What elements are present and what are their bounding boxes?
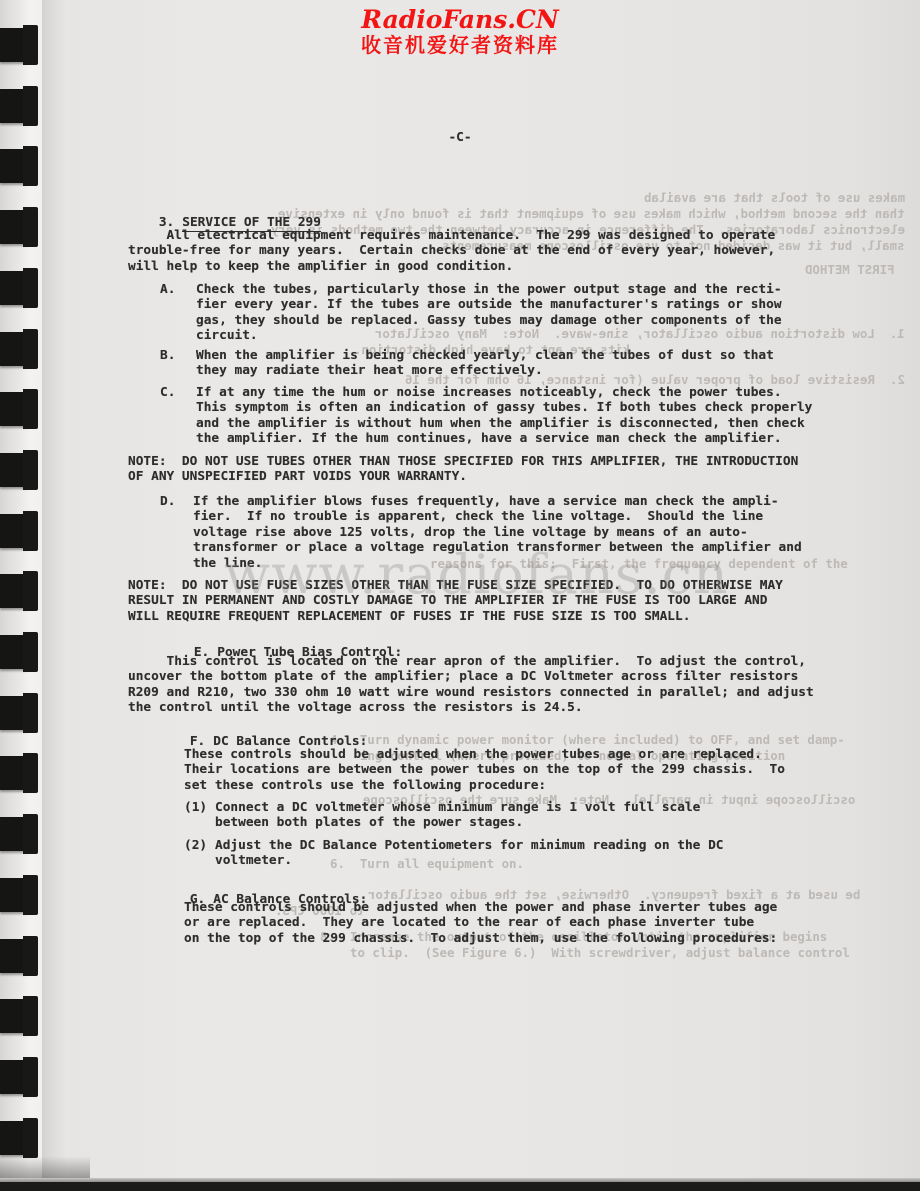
- site-tagline-text: 收音机爱好者资料库: [0, 33, 920, 57]
- binding-tooth: [0, 756, 27, 790]
- page-bottom-edge: [0, 1182, 920, 1191]
- binding-tooth: [0, 271, 27, 305]
- substep-1-label: (1): [184, 800, 207, 815]
- bleedthrough-line: than the second method, which makes use …: [278, 206, 905, 221]
- site-brand-text: RadioFans.CN: [0, 5, 920, 34]
- intro-paragraph: All electrical equipment requires mainte…: [128, 228, 775, 274]
- bleedthrough-line: 4. Turn dynamic power monitor (where inc…: [330, 732, 845, 747]
- binding-tooth: [0, 1121, 27, 1155]
- bleedthrough-line: to clip. (See Figure 6.) With screwdrive…: [350, 945, 850, 960]
- watermark-text: www.radiofans.cn: [224, 546, 729, 604]
- substep-2-label: (2): [184, 838, 207, 853]
- binding-tooth: [0, 514, 27, 548]
- gutter-shadow: [42, 0, 68, 1191]
- binding-tooth: [0, 999, 27, 1033]
- binding-tooth: [0, 1060, 27, 1094]
- binding-tooth: [0, 149, 27, 183]
- binding-tooth: [0, 574, 27, 608]
- page-number: -C-: [0, 130, 920, 145]
- binding-tooth: [0, 453, 27, 487]
- binding-tooth: [0, 210, 27, 244]
- bleedthrough-line: makes use of tools that are availab: [644, 190, 905, 205]
- binding-tooth: [0, 392, 27, 426]
- item-text-a: Check the tubes, particularly those in t…: [196, 282, 782, 344]
- binding-tooth: [0, 89, 27, 123]
- item-label-a: A.: [160, 282, 175, 297]
- section-g-body: These controls should be adjusted when t…: [184, 900, 777, 946]
- item-label-c: C.: [160, 385, 175, 400]
- binding-tooth: [0, 332, 27, 366]
- scanned-manual-page: makes use of tools that are availab than…: [0, 0, 920, 1191]
- item-label-b: B.: [160, 348, 175, 363]
- binding-tooth: [0, 817, 27, 851]
- item-text-c: If at any time the hum or noise increase…: [196, 385, 812, 447]
- substep-2-text: Adjust the DC Balance Potentiometers for…: [215, 838, 724, 869]
- item-label-d: D.: [160, 494, 175, 509]
- substep-1-text: Connect a DC voltmeter whose minimum ran…: [215, 800, 700, 831]
- binding-tooth: [0, 878, 27, 912]
- comb-binding: [0, 0, 42, 1191]
- binding-tooth: [0, 939, 27, 973]
- binding-tooth: [0, 635, 27, 669]
- item-text-b: When the amplifier is being checked year…: [196, 348, 774, 379]
- note-tubes: NOTE: DO NOT USE TUBES OTHER THAN THOSE …: [128, 454, 798, 485]
- binding-tooth: [0, 28, 27, 62]
- section-e-body: This control is located on the rear apro…: [128, 654, 814, 716]
- binding-tooth: [0, 696, 27, 730]
- bleedthrough-line: FIRST METHOD: [805, 262, 895, 277]
- section-f-body: These controls should be adjusted when t…: [184, 747, 785, 793]
